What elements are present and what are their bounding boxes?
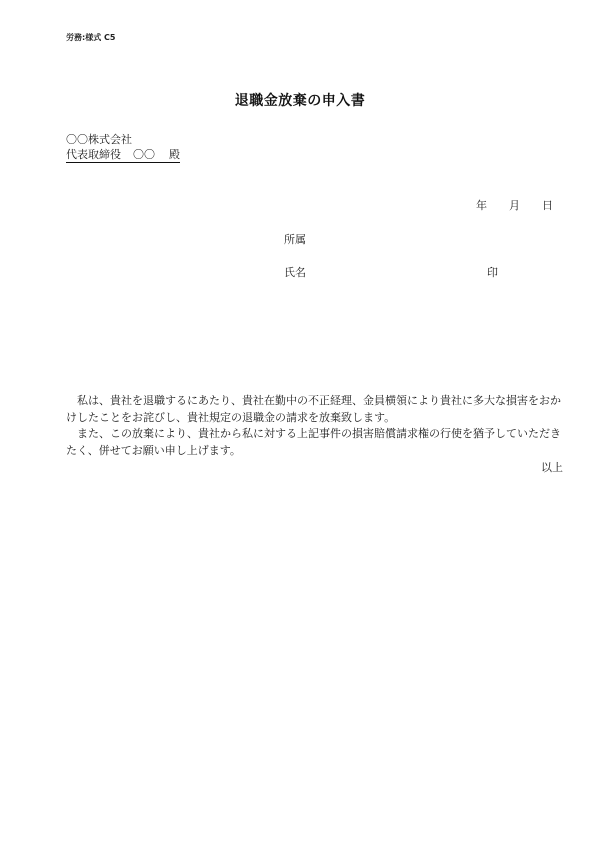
body-line: たく、併せてお願い申し上げます。 bbox=[66, 443, 564, 460]
document-title: 退職金放棄の申入書 bbox=[0, 90, 600, 110]
addressee-name: 〇〇 bbox=[133, 148, 155, 162]
date-year-label: 年 bbox=[476, 197, 487, 213]
affiliation-label: 所属 bbox=[284, 231, 306, 247]
body-text: 私は、貴社を退職するにあたり、貴社在勤中の不正経理、金員横領により貴社に多大な損… bbox=[66, 393, 564, 459]
body-line: 私は、貴社を退職するにあたり、貴社在勤中の不正経理、金員横領により貴社に多大な損… bbox=[66, 393, 564, 410]
seal-label: 印 bbox=[487, 264, 498, 280]
date-day-label: 日 bbox=[542, 197, 553, 213]
addressee-company: 〇〇株式会社 bbox=[66, 131, 132, 147]
date-line: 年月日 bbox=[476, 197, 553, 213]
addressee-line: 代表取締役〇〇殿 bbox=[66, 148, 180, 163]
addressee-honorific: 殿 bbox=[169, 148, 180, 162]
body-line: また、この放棄により、貴社から私に対する上記事件の損害賠償請求権の行使を猶予して… bbox=[66, 426, 564, 443]
addressee-position: 代表取締役 bbox=[66, 148, 121, 162]
body-line: けしたことをお詫びし、貴社規定の退職金の請求を放棄致します。 bbox=[66, 410, 564, 427]
date-month-label: 月 bbox=[509, 197, 520, 213]
form-code: 労務:様式 C5 bbox=[66, 32, 115, 43]
name-label: 氏名 bbox=[284, 264, 306, 280]
closing-remark: 以上 bbox=[541, 459, 563, 475]
